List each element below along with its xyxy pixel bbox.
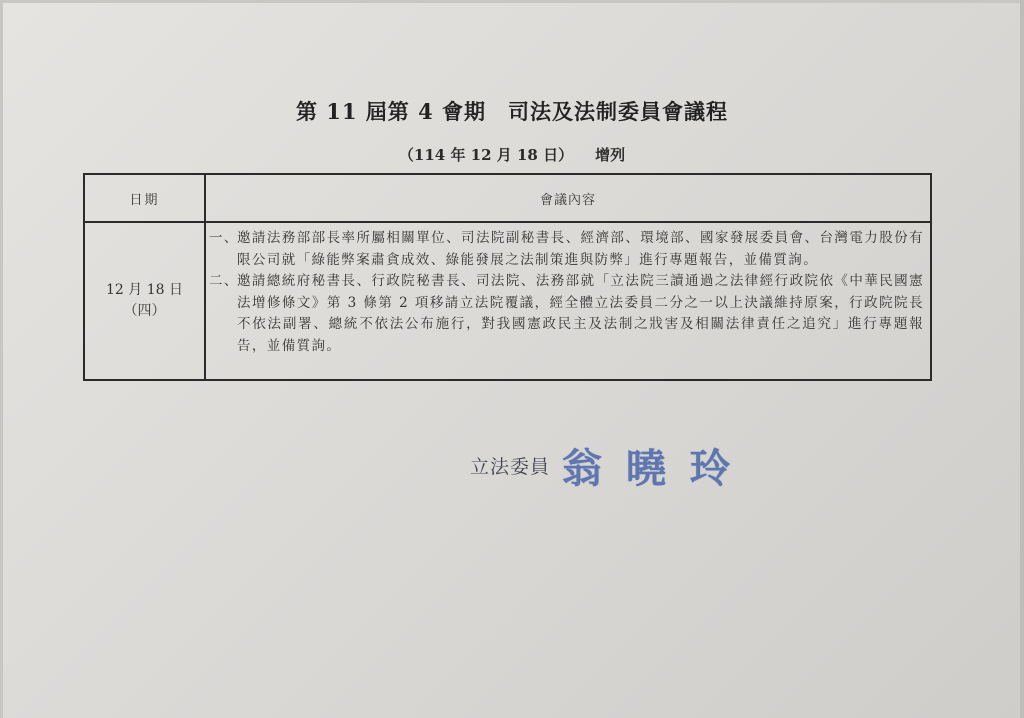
agenda-item: 二、 邀請總統府秘書長、行政院秘書長、司法院、法務部就「立法院三讀通過之法律經行… [209, 271, 924, 357]
signature-stamp: 翁曉玲 [562, 437, 754, 494]
date-value: 12 月 18 日 [106, 280, 183, 301]
committee-agenda-label: 司法及法制委員會議程 [508, 99, 728, 124]
addendum-tag: 增列 [595, 146, 625, 164]
session-label: 第 11 屆第 4 會期 [296, 99, 486, 124]
meeting-date: （114 年 12 月 18 日） [399, 146, 573, 164]
signature-block: 立法委員 翁曉玲 [470, 430, 754, 500]
weekday-value: （四） [124, 301, 166, 322]
item-text: 邀請法務部部長率所屬相關單位、司法院副秘書長、經濟部、環境部、國家發展委員會、台… [237, 228, 924, 271]
agenda-item: 一、 邀請法務部部長率所屬相關單位、司法院副秘書長、經濟部、環境部、國家發展委員… [209, 228, 924, 271]
item-number: 二、 [209, 271, 237, 357]
signature-title: 立法委員 [470, 452, 550, 479]
item-number: 一、 [209, 228, 237, 271]
page-edge-top [0, 0, 1024, 3]
header-content: 會議內容 [206, 175, 930, 221]
content-cell: 一、 邀請法務部部長率所屬相關單位、司法院副秘書長、經濟部、環境部、國家發展委員… [209, 223, 924, 384]
document-subtitle: （114 年 12 月 18 日）增列 [0, 144, 1024, 165]
agenda-table: 日期 會議內容 12 月 18 日 （四） 一、 邀請法務部部長率所屬相關單位、… [83, 173, 932, 381]
item-text: 邀請總統府秘書長、行政院秘書長、司法院、法務部就「立法院三讀通過之法律經行政院依… [237, 271, 924, 357]
header-date: 日期 [85, 175, 204, 221]
date-cell: 12 月 18 日 （四） [85, 223, 204, 379]
document-title: 第 11 屆第 4 會期司法及法制委員會議程 [0, 96, 1024, 126]
